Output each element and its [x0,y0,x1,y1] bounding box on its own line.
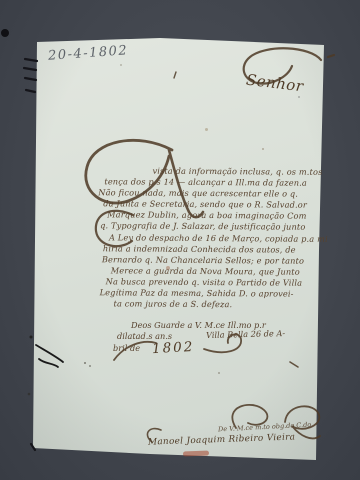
closing-place-date: Villa Bella 26 de A- [206,328,285,340]
ink-speck [89,365,91,367]
edge-hatch-marks [24,59,37,92]
background-blob [1,29,9,37]
margin-dot [30,336,33,339]
foxing-spot [298,96,300,98]
manuscript-photo: 20-4-1802 Senhor vista da informação inc… [0,0,360,480]
foxing-spot [120,64,122,66]
foxing-spot [262,148,264,150]
red-stamp-remnant [183,451,209,457]
closing-line-3: bril de [113,343,140,353]
ink-speck [218,372,220,374]
letter-body: vista da informação inclusa, q. os m.tos… [95,165,314,311]
margin-dot [28,393,31,396]
foxing-spot [205,128,208,131]
body-line: q. Typografia de J. Salazar, de justific… [100,221,314,234]
body-line: ta com juros de a S. defeza. [113,298,313,310]
ink-speck [84,362,86,364]
closing-year: 1802 [152,339,195,357]
